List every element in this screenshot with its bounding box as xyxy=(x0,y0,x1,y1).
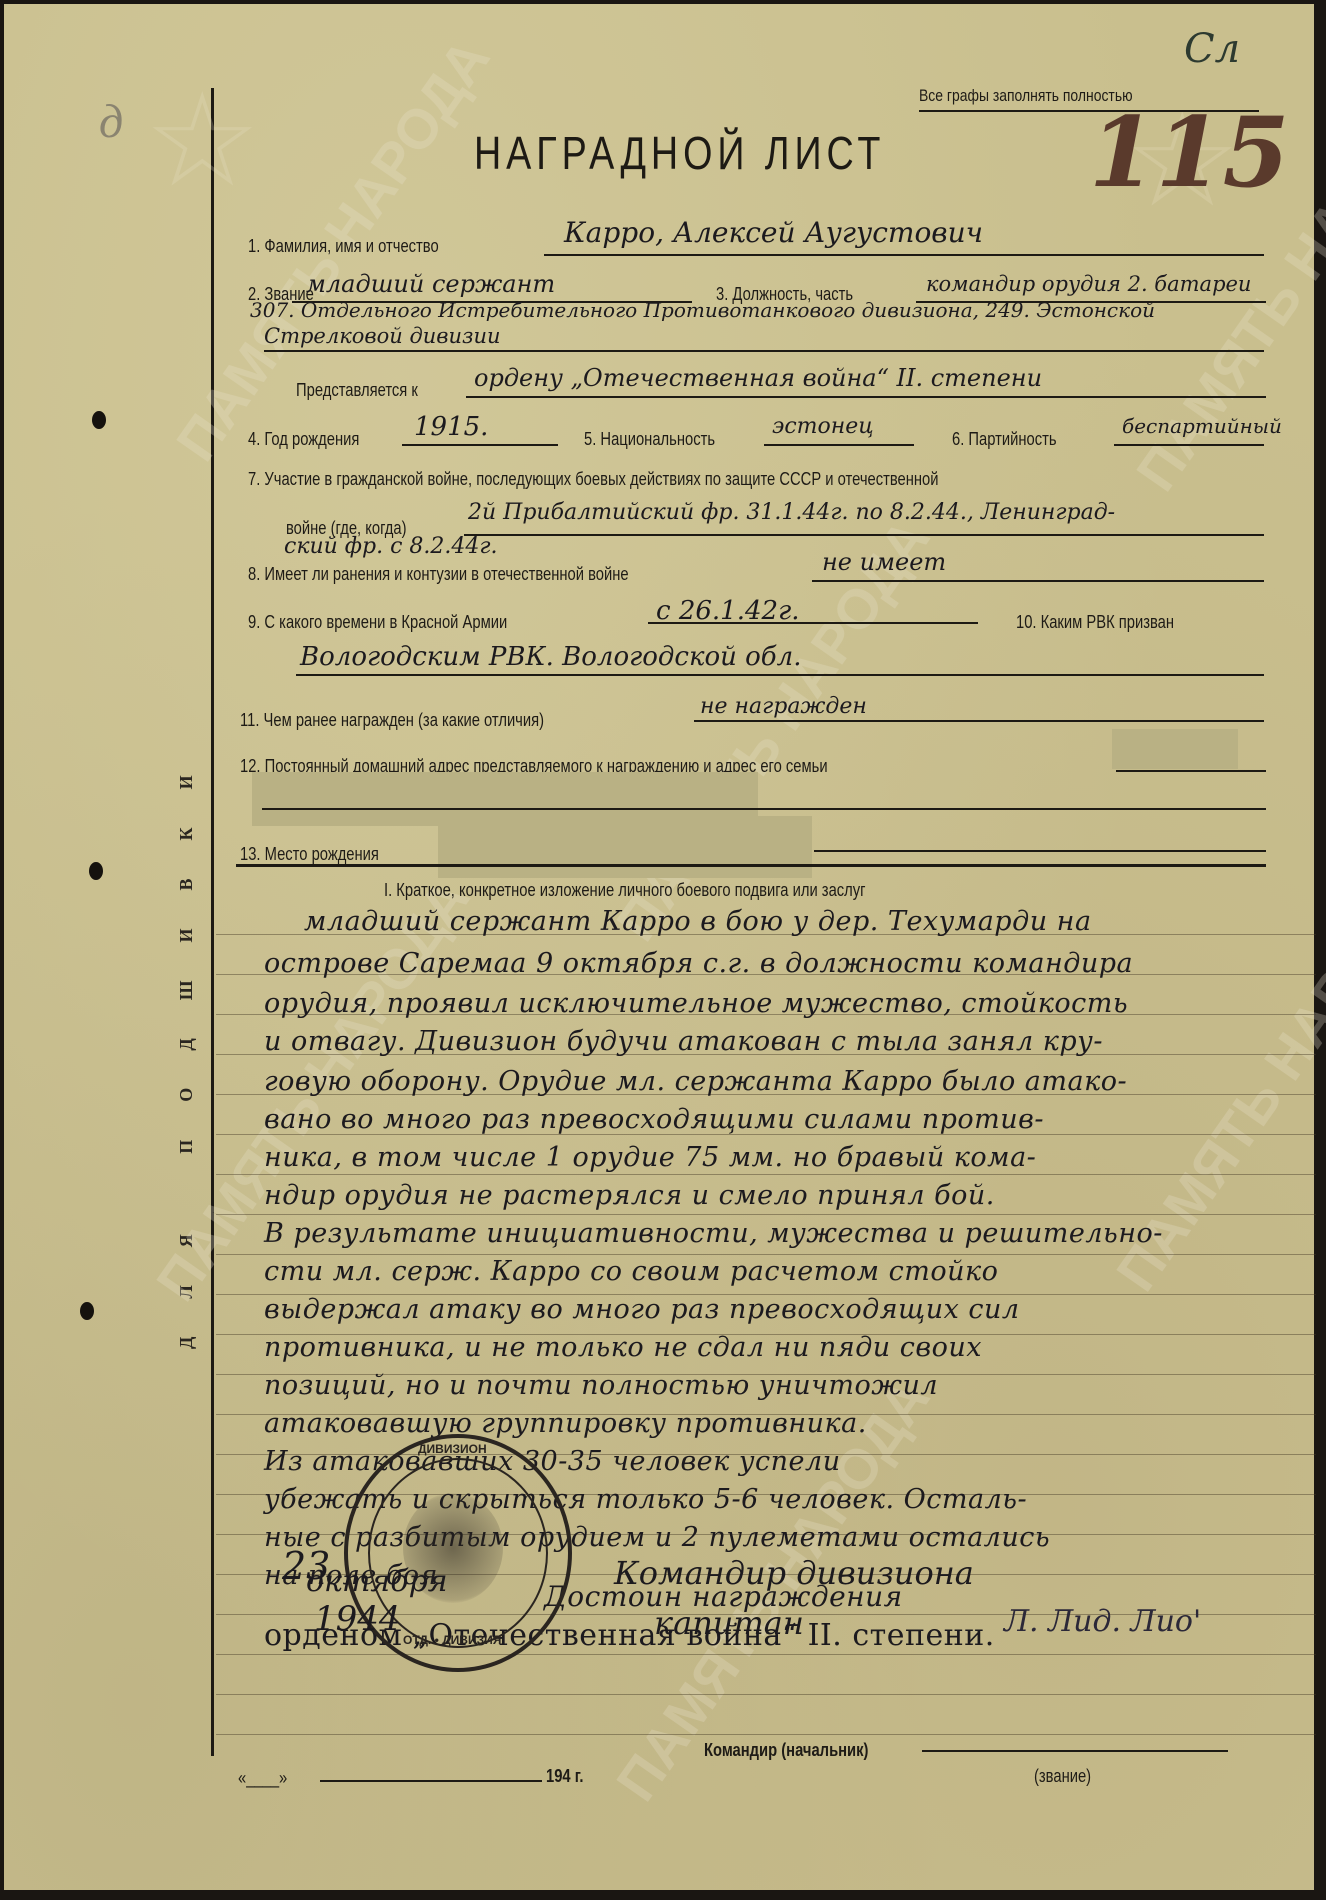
corner-mark: Сл xyxy=(1184,26,1240,72)
narrative-line: противника, и не только не сдал ни пяди … xyxy=(264,1332,982,1363)
field-8-value: не имеет xyxy=(822,548,946,576)
narrative-line: выдержал атаку во много раз превосходящи… xyxy=(264,1294,1020,1325)
nominated-value: ордену „Отечественная война“ II. степени xyxy=(474,364,1042,392)
date-year: 1944 xyxy=(314,1599,401,1639)
footer-year: 194 г. xyxy=(546,1766,584,1787)
stamp-text-bottom: ОТД. • ДИВИЗИЯ xyxy=(403,1633,501,1647)
narrative-line: Из атаковавших 30-35 человек успели xyxy=(264,1446,841,1477)
punch-hole xyxy=(89,862,103,880)
field-5-label: 5. Национальность xyxy=(584,429,715,450)
footer-commander-label: Командир (начальник) xyxy=(704,1740,868,1761)
narrative-line: орудия, проявил исключительное мужество,… xyxy=(264,988,1128,1019)
ruled-line xyxy=(216,1214,1316,1215)
narrative-line: и отвагу. Дивизион будучи атакован с тыл… xyxy=(264,1026,1103,1057)
date-month-text: октября xyxy=(306,1564,448,1599)
field-7-underline xyxy=(464,534,1264,536)
punch-hole xyxy=(92,411,106,429)
field-3-value-line3: Стрелковой дивизии xyxy=(264,324,501,348)
award-sheet-page: ДЛЯ ПОДШИВКИ д ☆ ПАМЯТЬ НАРОДА ☆ ПАМЯТЬ … xyxy=(4,4,1314,1890)
section-heading: I. Краткое, конкретное изложение личного… xyxy=(384,880,866,901)
stamp-text-top: ДИВИЗИОН xyxy=(418,1442,487,1456)
ruled-line xyxy=(216,1174,1316,1175)
narrative-line: ника, в том числе 1 орудие 75 мм. но бра… xyxy=(264,1142,1036,1173)
field-12-underline xyxy=(1116,770,1266,772)
field-9-label: 9. С какого времени в Красной Армии xyxy=(248,612,507,633)
field-11-underline xyxy=(694,720,1264,722)
narrative-line: ндир орудия не растерялся и смело принял… xyxy=(264,1180,995,1211)
date-month: октября xyxy=(306,1564,448,1599)
field-10-underline xyxy=(296,674,1264,676)
footer-date-underline xyxy=(320,1780,542,1782)
narrative-line: атаковавшую группировку противника. xyxy=(264,1408,867,1439)
ruled-line xyxy=(216,1734,1316,1735)
signer-title: Командир дивизиона xyxy=(614,1554,974,1592)
header-underline xyxy=(919,110,1259,112)
footer-date-prefix: «____» xyxy=(238,1768,287,1789)
field-4-value: 1915. xyxy=(414,412,488,442)
field-4-label: 4. Год рождения xyxy=(248,429,359,450)
field-13-underline xyxy=(814,850,1266,852)
redacted-area xyxy=(1112,729,1238,769)
field-5-underline xyxy=(764,444,914,446)
ruled-line xyxy=(216,1254,1316,1255)
narrative-line: говую оборону. Орудие мл. сержанта Карро… xyxy=(264,1066,1127,1097)
binding-caption: ДЛЯ ПОДШИВКИ xyxy=(176,737,197,1349)
field-7-value-line2: ский фр. с 8.2.44г. xyxy=(284,534,497,559)
field-3-value-line1: командир орудия 2. батареи xyxy=(926,272,1251,296)
document-title: НАГРАДНОЙ ЛИСТ xyxy=(474,126,885,180)
field-1-value: Карро, Алексей Аугустович xyxy=(564,216,983,249)
punch-hole xyxy=(80,1302,94,1320)
field-13-label: 13. Место рождения xyxy=(240,844,379,865)
field-5-value: эстонец xyxy=(772,414,874,439)
footer-commander-underline xyxy=(922,1750,1228,1752)
header-note: Все графы заполнять полностью xyxy=(919,86,1133,106)
field-10-value: Вологодским РВК. Вологодской обл. xyxy=(300,642,801,672)
narrative-line: В результате инициативности, мужества и … xyxy=(264,1218,1163,1249)
field-7-label-line1: 7. Участие в гражданской войне, последую… xyxy=(248,469,939,490)
binding-margin-line xyxy=(211,88,214,1756)
nominated-label: Представляется к xyxy=(296,380,418,401)
ruled-line xyxy=(216,1654,1316,1655)
field-6-value: беспартийный xyxy=(1122,414,1282,438)
watermark-star-icon: ☆ xyxy=(144,64,261,217)
section-divider xyxy=(236,864,1266,867)
field-1-label: 1. Фамилия, имя и отчество xyxy=(248,236,439,257)
field-1-underline xyxy=(544,254,1264,256)
nominated-underline xyxy=(466,396,1266,398)
footer-rank-label: (звание) xyxy=(1034,1766,1091,1787)
redacted-area xyxy=(438,816,812,878)
field-3-underline-2 xyxy=(264,350,1264,352)
narrative-line: позиций, но и почти полностью уничтожил xyxy=(264,1370,938,1401)
signer-rank: капитан xyxy=(654,1604,804,1642)
field-2-value: младший сержант xyxy=(306,270,555,298)
field-11-label: 11. Чем ранее награжден (за какие отличи… xyxy=(240,710,544,731)
narrative-line: младший сержант Карро в бою у дер. Техум… xyxy=(304,906,1092,937)
field-11-value: не награжден xyxy=(700,694,867,719)
field-8-label: 8. Имеет ли ранения и контузии в отечест… xyxy=(248,564,629,585)
pencil-mark: д xyxy=(99,94,123,149)
field-3-value-line2: 307. Отдельного Истребительного Противот… xyxy=(250,298,1155,322)
field-9-underline xyxy=(648,622,978,624)
field-12-underline-2 xyxy=(262,808,1266,810)
narrative-line: сти мл. серж. Карро со своим расчетом ст… xyxy=(264,1256,998,1287)
field-10-label: 10. Каким РВК призван xyxy=(1016,612,1174,633)
field-6-label: 6. Партийность xyxy=(952,429,1057,450)
field-6-underline xyxy=(1114,444,1264,446)
ruled-line xyxy=(216,1694,1316,1695)
field-7-value-line1: 2й Прибалтийский фр. 31.1.44г. по 8.2.44… xyxy=(468,500,1115,525)
field-8-underline xyxy=(812,580,1264,582)
handwritten-number: 115 xyxy=(1089,96,1289,209)
field-4-underline xyxy=(402,444,558,446)
narrative-line: вано во много раз превосходящими силами … xyxy=(264,1104,1044,1135)
narrative-line: острове Саремаа 9 октября с.г. в должнос… xyxy=(264,948,1133,979)
signature: Л. Лид. Лио' xyxy=(1004,1604,1201,1639)
